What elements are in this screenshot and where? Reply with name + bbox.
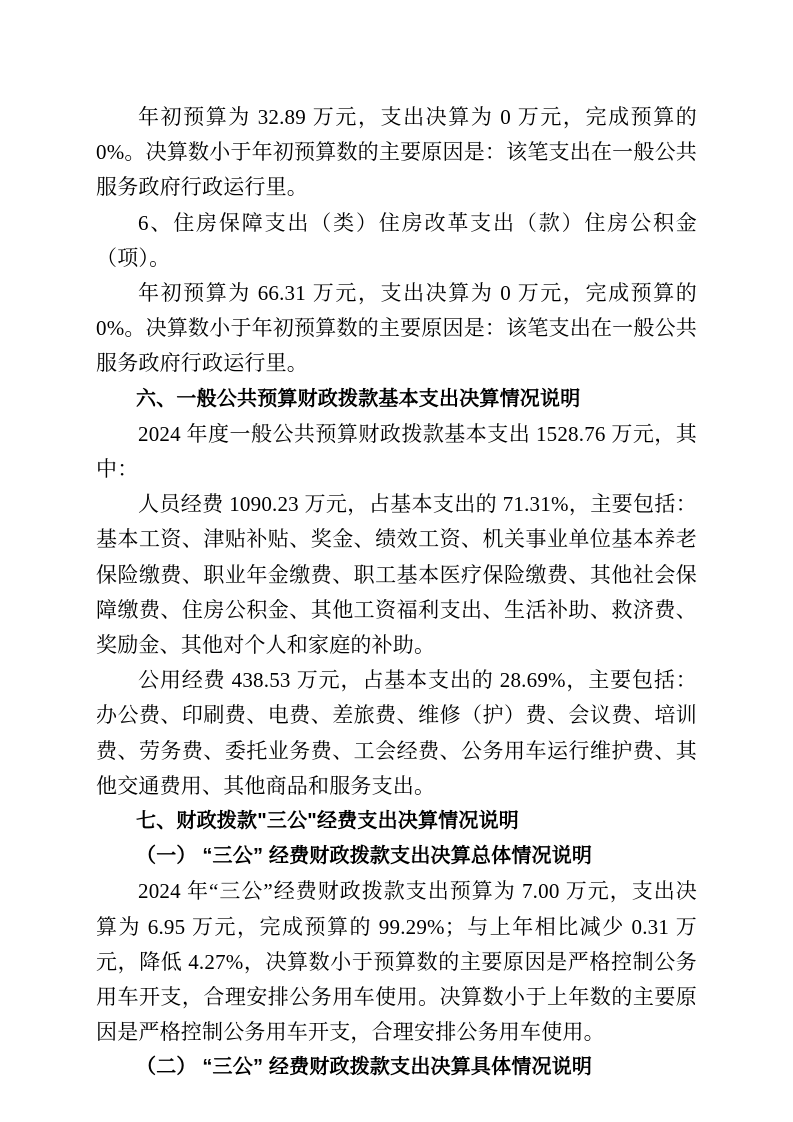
body-paragraph: 6、住房保障支出（类）住房改革支出（款）住房公积金（项）。 xyxy=(96,206,697,276)
body-paragraph: 2024 年“三公”经费财政拨款支出预算为 7.00 万元，支出决算为 6.95… xyxy=(96,874,697,1050)
section-heading: 六、一般公共预算财政拨款基本支出决算情况说明 xyxy=(96,382,697,417)
document-page: 年初预算为 32.89 万元，支出决算为 0 万元，完成预算的 0%。决算数小于… xyxy=(0,0,793,1122)
document-content: 年初预算为 32.89 万元，支出决算为 0 万元，完成预算的 0%。决算数小于… xyxy=(96,100,697,1086)
body-paragraph: 公用经费 438.53 万元，占基本支出的 28.69%，主要包括：办公费、印刷… xyxy=(96,663,697,804)
body-paragraph: 年初预算为 32.89 万元，支出决算为 0 万元，完成预算的 0%。决算数小于… xyxy=(96,100,697,206)
section-heading: （二） “三公” 经费财政拨款支出决算具体情况说明 xyxy=(96,1050,697,1085)
section-heading: 七、财政拨款"三公"经费支出决算情况说明 xyxy=(96,804,697,839)
body-paragraph: 年初预算为 66.31 万元，支出决算为 0 万元，完成预算的 0%。决算数小于… xyxy=(96,276,697,382)
body-paragraph: 人员经费 1090.23 万元，占基本支出的 71.31%，主要包括：基本工资、… xyxy=(96,487,697,663)
section-heading: （一） “三公” 经费财政拨款支出决算总体情况说明 xyxy=(96,839,697,874)
body-paragraph: 2024 年度一般公共预算财政拨款基本支出 1528.76 万元，其中： xyxy=(96,417,697,487)
